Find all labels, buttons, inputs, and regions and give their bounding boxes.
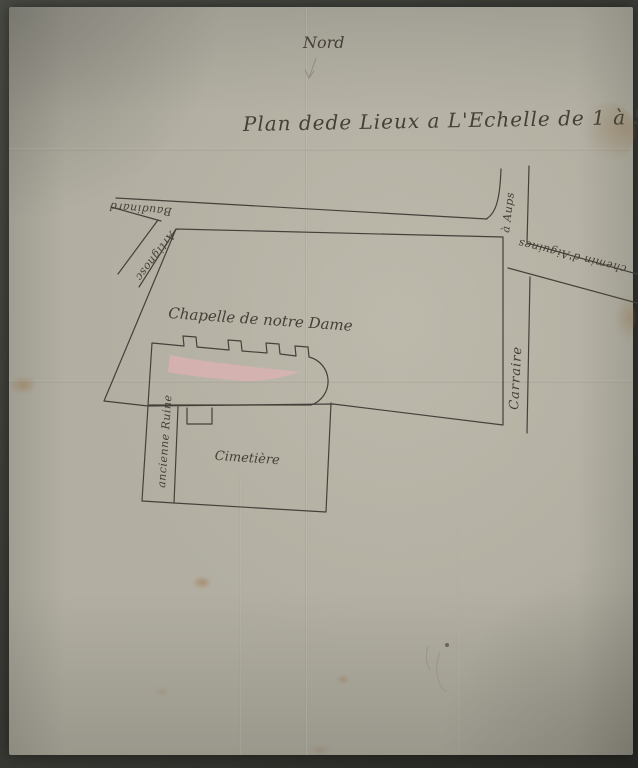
road-vertical-right-edge xyxy=(527,166,529,243)
road-right-up-label: à Aups xyxy=(499,191,517,233)
road-right-diagonal-label: chemin d'Aiguines xyxy=(517,236,628,276)
carraire-label: Carraire xyxy=(507,346,525,411)
cemetery-label: Cimetière xyxy=(214,449,280,469)
carraire-right-edge xyxy=(527,277,530,433)
chapel-wash-highlight xyxy=(168,355,300,381)
road-left-diagonal-label: Artignosc xyxy=(133,228,179,283)
road-vertical-left-edge xyxy=(486,169,501,219)
pencil-marks xyxy=(426,646,447,692)
ancient-ruin-label: ancienne Ruine xyxy=(155,394,174,488)
plan-title: Plan dede Lieux a L'Echelle de 1 à 500 xyxy=(242,104,638,136)
photo-mount: Nord Plan dede Lieux a L'Echelle de 1 à … xyxy=(0,0,638,768)
plan-drawing: Nord Plan dede Lieux a L'Echelle de 1 à … xyxy=(0,0,638,768)
north-label: Nord xyxy=(302,33,345,52)
cemetery-notch xyxy=(187,408,212,424)
chapel-label: Chapelle de notre Dame xyxy=(168,304,354,335)
plan-document-paper: Nord Plan dede Lieux a L'Echelle de 1 à … xyxy=(9,7,633,755)
road-left-horizontal-label: Baudinard xyxy=(109,200,174,219)
north-arrow-icon xyxy=(305,58,316,78)
